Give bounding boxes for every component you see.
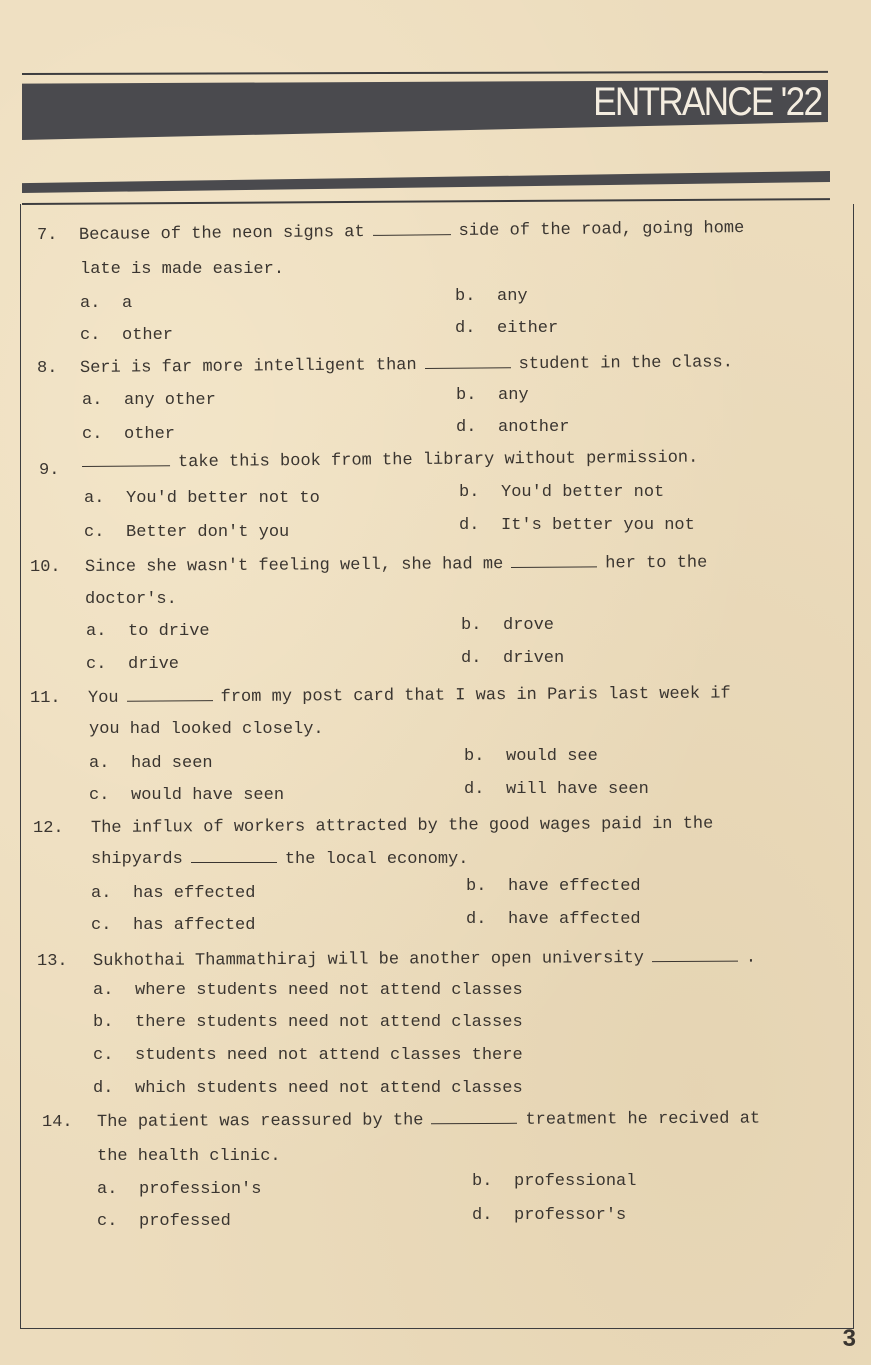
stem-text: her to the [605,554,707,574]
option-c: c.has affected [91,916,255,935]
option-d: d.which students need not attend classes [93,1079,523,1098]
question-number: 10. [30,558,61,577]
option-b: b.professional [472,1172,636,1191]
question-stem: 12. The influx of workers attracted by t… [33,819,64,838]
question-stem: 8. Seri is far more intelligent thanstud… [37,359,57,378]
stem-text: Since she wasn't feeling well, she had m… [85,555,503,577]
option-c: c.other [82,425,175,444]
answer-blank [127,699,213,702]
answer-blank [425,366,511,369]
option-b: b.You'd better not [459,483,664,502]
stem-text: student in the class. [519,353,733,374]
stem-text: Sukhothai Thammathiraj will be another o… [93,949,644,971]
question-number: 12. [33,819,64,838]
option-d: d.professor's [472,1206,626,1225]
option-b: b.drove [461,616,554,635]
option-c: c.professed [97,1212,231,1231]
question-number: 8. [37,359,57,378]
option-a: a.had seen [89,754,213,773]
answer-blank [652,960,738,962]
option-c: c.would have seen [89,786,284,805]
option-d: d.It's better you not [459,516,695,535]
option-b: b.would see [464,747,598,766]
stem-text: from my post card that I was in Paris la… [221,685,731,708]
question-number: 13. [37,952,68,971]
stem-text: Seri is far more intelligent than [80,356,417,378]
option-a: a.any other [82,391,216,410]
question-stem: 10. Since she wasn't feeling well, she h… [30,558,61,577]
option-b: b.any [455,287,528,306]
option-a: a.to drive [86,622,210,641]
option-d: d.driven [461,649,564,668]
stem-text: treatment he recived at [525,1110,760,1130]
option-c: c.Better don't you [84,523,289,542]
option-d: d.either [455,319,558,338]
option-a: a.profession's [97,1180,261,1199]
option-a: a.You'd better not to [84,489,320,508]
question-number: 7. [37,226,57,245]
stem-text: . [746,949,756,968]
answer-blank [82,464,170,467]
option-c: c.students need not attend classes there [93,1046,523,1065]
question-number: 9. [39,461,59,480]
stem-continuation: shipyardsthe local economy. [91,850,468,869]
option-c: c.other [80,326,173,345]
answer-blank [431,1122,517,1124]
stem-continuation: doctor's. [85,590,177,609]
option-b: b.have effected [466,877,641,896]
question-stem: 11. Youfrom my post card that I was in P… [30,689,61,708]
stem-text: shipyards [91,850,183,869]
option-a: a.where students need not attend classes [93,981,523,1000]
answer-blank [373,233,451,236]
option-b: b.any [456,386,529,405]
stem-text: You [88,689,119,708]
option-a: a.has effected [91,884,255,903]
question-stem: 14. The patient was reassured by thetrea… [42,1113,73,1132]
stem-text: Because of the neon signs at [79,223,365,245]
stem-continuation: you had looked closely. [89,720,324,739]
option-a: a.a [80,294,132,313]
page-number: 3 [843,1325,856,1353]
option-d: d.have affected [466,910,641,929]
option-d: d.another [456,418,569,437]
header-title: ENTRANCE '22 [593,80,821,124]
option-d: d.will have seen [464,780,649,799]
stem-continuation: the health clinic. [97,1147,281,1166]
header-top-rule [22,71,828,75]
question-stem: 13. Sukhothai Thammathiraj will be anoth… [37,952,68,971]
question-number: 11. [30,689,61,708]
section-divider-bar [22,171,830,193]
answer-blank [191,861,277,863]
answer-blank [511,565,597,568]
question-number: 14. [42,1113,73,1132]
stem-text: the local economy. [285,850,469,869]
stem-continuation: late is made easier. [80,260,284,279]
stem-text: The patient was reassured by the [97,1111,424,1132]
option-c: c.drive [86,655,179,674]
question-stem: 7. Because of the neon signs atside of t… [37,226,57,245]
stem-text: side of the road, going home [459,219,745,241]
option-b: b.there students need not attend classes [93,1013,523,1032]
